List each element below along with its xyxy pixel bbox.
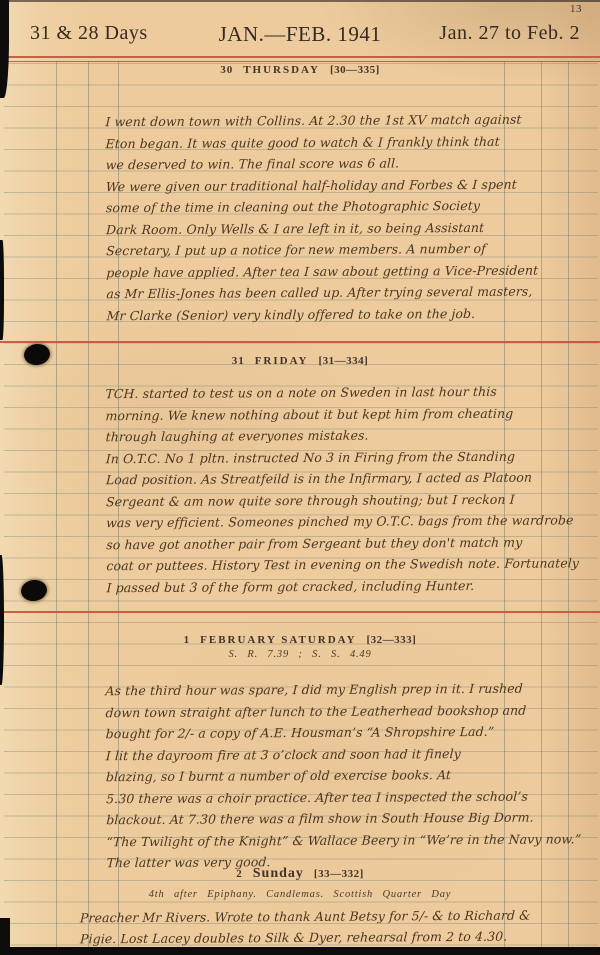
diary-line: 5.30 there was a choir practice. After t… <box>106 785 511 809</box>
right-column-line-2 <box>541 62 542 947</box>
diary-line: In O.T.C. No 1 pltn. instructed No 3 in … <box>105 445 510 469</box>
diary-line: “The Twilight of the Knight” & Wallace B… <box>106 828 511 852</box>
feast-day-note: 4th after Epiphany. Candlemas. Scottish … <box>40 889 560 900</box>
diary-line: blazing, so I burnt a number of old exer… <box>106 764 511 788</box>
red-rule-divider-2 <box>0 611 600 613</box>
diary-line: Eton began. It was quite good to watch &… <box>105 130 510 154</box>
diary-line: morning. We knew nothing about it but ke… <box>105 402 510 426</box>
day-name: FRIDAY <box>255 355 309 367</box>
day-code: [33—332] <box>314 868 364 880</box>
day-code: [32—333] <box>367 634 417 646</box>
red-rule-header-1 <box>0 56 600 58</box>
diary-line: bought for 2/- a copy of A.E. Housman’s … <box>105 721 510 745</box>
sunrise-sunset-note: S. R. 7.39 ; S. S. 4.49 <box>40 649 560 660</box>
diary-line: Mr Clarke (Senior) very kindly offered t… <box>106 302 511 326</box>
entry-text-thursday: I went down town with Collins. At 2.30 t… <box>105 109 510 326</box>
day-code: [30—335] <box>330 64 380 76</box>
entry-heading-thursday: 30THURSDAY[30—335] <box>40 64 560 76</box>
diary-line: TCH. started to test us on a note on Swe… <box>105 381 510 405</box>
diary-line: as Mr Ellis-Jones has been called up. Af… <box>106 281 511 305</box>
diary-line: Sergeant & am now quite sore through sho… <box>106 488 511 512</box>
diary-line: I went down town with Collins. At 2.30 t… <box>105 109 510 133</box>
diary-line: Secretary, I put up a notice for new mem… <box>106 238 511 262</box>
right-column-line-3 <box>568 62 569 947</box>
diary-line: people have applied. After tea I saw abo… <box>106 259 511 283</box>
diary-line: down town straight after lunch to the Le… <box>105 699 510 723</box>
red-rule-divider-1 <box>0 341 600 343</box>
diary-line: so have got another pair from Sergeant b… <box>106 531 511 555</box>
entry-heading-friday: 31FRIDAY[31—334] <box>40 355 560 367</box>
day-name: FEBRUARY SATURDAY <box>200 634 356 646</box>
scan-edge-left-upper <box>0 240 4 340</box>
left-column-line-1 <box>56 62 57 947</box>
diary-line: Load position. As Streatfeild is in the … <box>105 467 510 491</box>
diary-scan: 13 31 & 28 Days JAN.—FEB. 1941 Jan. 27 t… <box>0 0 600 955</box>
day-name: THURSDAY <box>243 64 320 76</box>
diary-line: We were given our traditional half-holid… <box>105 173 510 197</box>
day-number: 30 <box>220 64 233 76</box>
entry-text-saturday: As the third hour was spare, I did my En… <box>105 678 510 874</box>
day-number: 1 <box>184 634 191 646</box>
diary-line: blackout. At 7.30 there was a film show … <box>106 807 511 831</box>
diary-line: some of the time in cleaning out the Pho… <box>105 195 510 219</box>
day-number: 31 <box>232 355 245 367</box>
day-name: Sunday <box>253 866 304 881</box>
entry-text-friday: TCH. started to test us on a note on Swe… <box>105 381 510 598</box>
day-code: [31—334] <box>318 355 368 367</box>
diary-line: Dark Room. Only Wells & I are left in it… <box>106 216 511 240</box>
header-week-range: Jan. 27 to Feb. 2 <box>439 22 580 45</box>
scan-edge-bottom <box>0 947 600 955</box>
diary-line: Pigie. Lost Lacey doubles to Silk & Dyer… <box>80 926 511 950</box>
page-number: 13 <box>570 3 582 15</box>
diary-line: I passed but 3 of the form got cracked, … <box>106 574 511 598</box>
entry-text-sunday: Preacher Mr Rivers. Wrote to thank Aunt … <box>80 905 510 950</box>
diary-line: was very efficient. Someones pinched my … <box>106 510 511 534</box>
day-number: 2 <box>236 868 243 880</box>
diary-page: 13 31 & 28 Days JAN.—FEB. 1941 Jan. 27 t… <box>0 0 600 955</box>
diary-line: coat or puttees. History Test in evening… <box>106 553 511 577</box>
diary-line: through laughing at everyones mistakes. <box>105 424 510 448</box>
diary-line: As the third hour was spare, I did my En… <box>105 678 510 702</box>
diary-line: I lit the dayroom fire at 3 o’clock and … <box>105 742 510 766</box>
scan-edge-top <box>0 0 600 2</box>
entry-heading-sunday: 2Sunday[33—332] <box>40 866 560 882</box>
diary-line: Preacher Mr Rivers. Wrote to thank Aunt … <box>79 905 510 929</box>
entry-heading-saturday: 1FEBRUARY SATURDAY[32—333] <box>40 634 560 646</box>
diary-line: we deserved to win. The final score was … <box>105 152 510 176</box>
left-column-line-2 <box>88 62 89 947</box>
red-rule-header-2 <box>0 61 600 62</box>
